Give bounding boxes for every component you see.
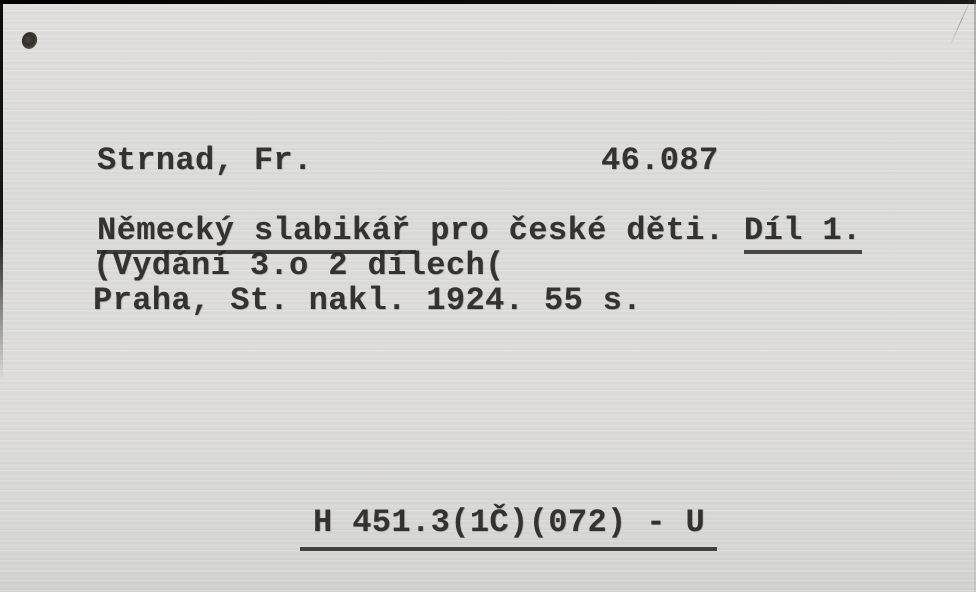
title-underlined-part: Díl 1. (744, 212, 862, 254)
call-number-line: H 451.3(1Č)(072) - U (313, 506, 717, 540)
scan-edge-top (0, 0, 976, 4)
imprint-line: Praha, St. nakl. 1924. 55 s. (93, 284, 642, 318)
title-middle-text: pro české děti. (411, 212, 744, 249)
title-line: Německý slabikář pro české děti. Díl 1. (97, 214, 862, 248)
call-number: H 451.3(1Č)(072) - U (300, 504, 717, 551)
accession-number: 46.087 (601, 144, 719, 178)
scan-edge-left (0, 0, 3, 380)
author-name: Strnad, Fr. (97, 144, 313, 178)
edition-line: (Vydání 3.o 2 dílech( (93, 249, 505, 283)
catalog-card-scan: Strnad, Fr. 46.087 Německý slabikář pro … (0, 0, 976, 592)
